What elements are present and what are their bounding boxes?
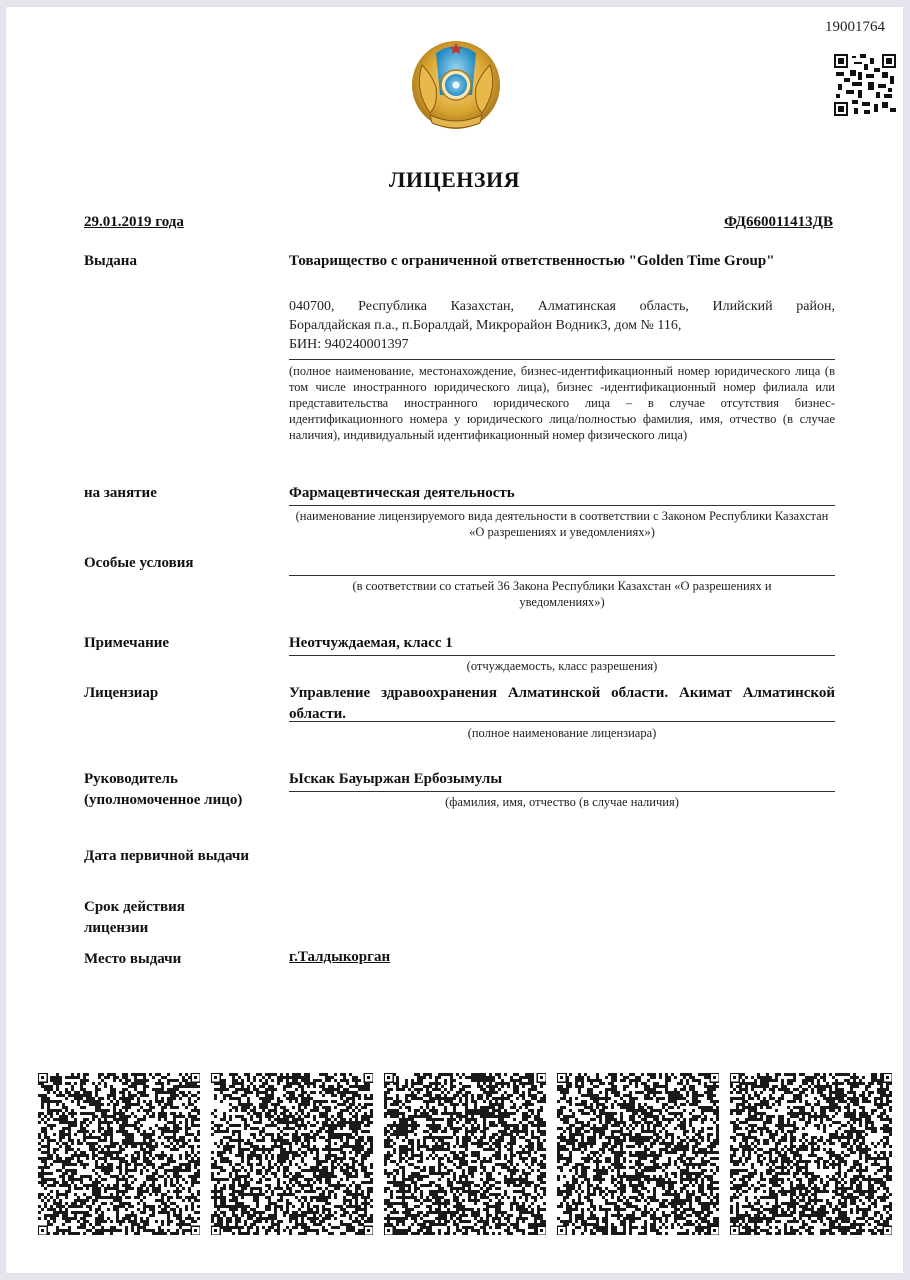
validity-label-line2: лицензии: [84, 918, 185, 939]
divider: [289, 575, 835, 576]
validity-label-line1: Срок действия: [84, 897, 185, 918]
remark-label: Примечание: [84, 633, 169, 654]
divider: [289, 791, 835, 792]
licensor-note: (полное наименование лицензиара): [289, 725, 835, 741]
digital-signature-qr-icon: [557, 1073, 719, 1235]
divider: [289, 721, 835, 722]
address-line: Боралдайская п.а., п.Боралдай, Микрорайо…: [289, 316, 835, 335]
validity-label: Срок действия лицензии: [84, 897, 185, 939]
activity-label: на занятие: [84, 483, 157, 504]
address-line: 040700, Республика Казахстан, Алматинска…: [289, 297, 835, 316]
issued-to-note: (полное наименование, местонахождение, б…: [289, 363, 835, 443]
head-label-line2: (уполномоченное лицо): [84, 790, 242, 811]
licensor-label: Лицензиар: [84, 683, 158, 704]
document-title: ЛИЦЕНЗИЯ: [6, 167, 903, 193]
head-value: Ыскак Бауыржан Ербозымулы: [289, 769, 835, 790]
digital-signature-qr-icon: [38, 1073, 200, 1235]
issued-to-label: Выдана: [84, 251, 137, 272]
licensor-value: Управление здравоохранения Алматинской о…: [289, 683, 835, 725]
digital-signature-qr-icon: [384, 1073, 546, 1235]
license-document: 19001764: [6, 7, 903, 1273]
kazakhstan-state-emblem-icon: [408, 35, 504, 135]
divider: [289, 359, 835, 360]
remark-value: Неотчуждаемая, класс 1: [289, 633, 835, 654]
special-conditions-note: (в соответствии со статьей 36 Закона Рес…: [289, 578, 835, 610]
first-issue-date-label: Дата первичной выдачи: [84, 846, 249, 867]
head-label: Руководитель (уполномоченное лицо): [84, 769, 242, 811]
issue-date: 29.01.2019 года: [84, 214, 184, 231]
divider: [289, 655, 835, 656]
bin-line: БИН: 940240001397: [289, 335, 835, 354]
head-label-line1: Руководитель: [84, 769, 242, 790]
activity-note: (наименование лицензируемого вида деятел…: [289, 508, 835, 540]
special-conditions-label: Особые условия: [84, 553, 194, 574]
qr-code-icon: [834, 54, 896, 116]
license-number: ФД660011413ДВ: [724, 214, 833, 231]
digital-signature-qr-icon: [211, 1073, 373, 1235]
licensee-address: 040700, Республика Казахстан, Алматинска…: [289, 297, 835, 354]
place-of-issue-label: Место выдачи: [84, 949, 181, 970]
head-note: (фамилия, имя, отчество (в случае наличи…: [289, 794, 835, 810]
place-of-issue-value: г.Талдыкорган: [289, 949, 390, 966]
remark-note: (отчуждаемость, класс разрешения): [289, 658, 835, 674]
licensee-name: Товарищество с ограниченной ответственно…: [289, 251, 835, 272]
digital-signature-qr-icon: [730, 1073, 892, 1235]
activity-value: Фармацевтическая деятельность: [289, 483, 835, 504]
divider: [289, 505, 835, 506]
document-number: 19001764: [825, 19, 885, 36]
